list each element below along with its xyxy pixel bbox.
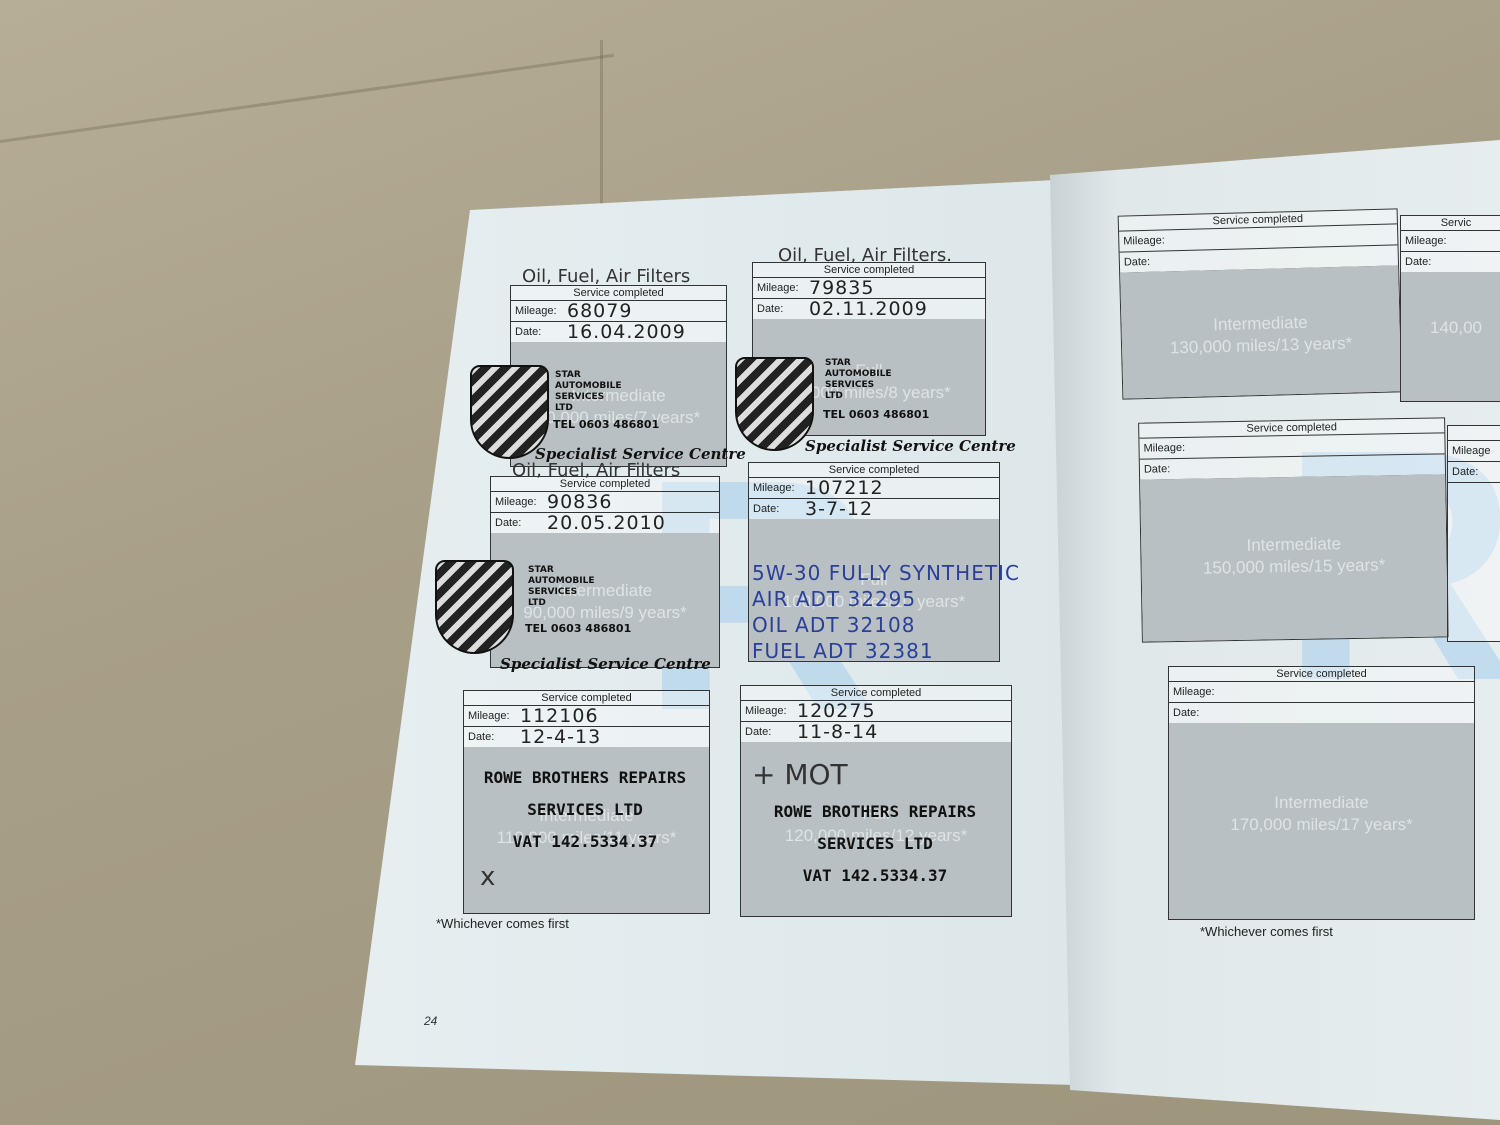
seat-seam xyxy=(600,40,603,210)
mileage-label: Mileage: xyxy=(1173,686,1225,698)
date-label: Date: xyxy=(757,303,809,315)
service-entry-11: Service completed Mileage: Date: Interme… xyxy=(1168,666,1475,920)
date-label: Date: xyxy=(1452,466,1500,478)
mileage-label: Mileage: xyxy=(468,710,520,722)
stamp-telephone: TEL 0603 486801 xyxy=(823,408,929,421)
date-label: Date: xyxy=(468,731,520,743)
service-interval-watermark: Intermediate 130,000 miles/13 years* xyxy=(1121,309,1400,360)
stamp-telephone: TEL 0603 486801 xyxy=(553,418,659,431)
handwritten-note: Oil, Fuel, Air Filters xyxy=(522,266,690,287)
service-entry-10: Mileage Date: xyxy=(1447,425,1500,642)
stamp-company: STARAUTOMOBILESERVICESLTD xyxy=(528,565,595,609)
page-number: 24 xyxy=(424,1014,437,1028)
date-value: 02.11.2009 xyxy=(809,298,928,320)
mileage-label: Mileage: xyxy=(753,482,805,494)
entry-header xyxy=(1448,426,1500,441)
service-interval-watermark: Intermediate 170,000 miles/17 years* xyxy=(1169,792,1474,836)
stamp-company: STARAUTOMOBILESERVICESLTD xyxy=(825,358,892,402)
mileage-value: 112106 xyxy=(520,705,599,727)
stamp-signature: Specialist Service Centre xyxy=(500,655,711,673)
date-value: 11-8-14 xyxy=(797,721,878,743)
mileage-label: Mileage: xyxy=(1143,442,1195,455)
service-entry-3: Service completed Mileage:90836 Date:20.… xyxy=(490,476,720,668)
mileage-label: Mileage: xyxy=(1123,234,1175,247)
mileage-value: 90836 xyxy=(547,491,612,513)
mileage-label: Mileage xyxy=(1452,445,1500,457)
entry-header: Service completed xyxy=(741,686,1011,701)
footnote: *Whichever comes first xyxy=(1200,924,1333,939)
stamp-company: STARAUTOMOBILESERVICESLTD xyxy=(555,370,622,414)
date-label: Date: xyxy=(745,726,797,738)
service-entry-7: Service completed Mileage: Date: Interme… xyxy=(1118,208,1403,399)
blue-ink-notes: 5W-30 FULLY SYNTHETIC AIR ADT 32295 OIL … xyxy=(752,560,1020,664)
entry-header: Service completed xyxy=(749,463,999,478)
date-value: 3-7-12 xyxy=(805,498,873,520)
entry-header: Servic xyxy=(1401,216,1500,231)
date-value: 12-4-13 xyxy=(520,726,601,748)
stamp-signature: Specialist Service Centre xyxy=(805,437,1016,455)
mileage-label: Mileage: xyxy=(745,705,797,717)
rowe-brothers-stamp: ROWE BROTHERS REPAIRS SERVICES LTD VAT 1… xyxy=(460,762,710,858)
service-interval-watermark: Intermediate 90,000 miles/9 years* xyxy=(491,580,719,624)
seat-seam xyxy=(0,54,614,143)
date-label: Date: xyxy=(515,326,567,338)
date-label: Date: xyxy=(1173,707,1225,719)
mot-note: + MOT xyxy=(752,758,848,791)
service-interval-watermark: 140,00 xyxy=(1401,317,1500,339)
footnote: *Whichever comes first xyxy=(436,916,569,931)
sbs-shield-logo xyxy=(735,357,814,451)
sbs-shield-logo xyxy=(435,560,514,654)
date-value: 16.04.2009 xyxy=(567,321,686,343)
mileage-label: Mileage: xyxy=(757,282,809,294)
mileage-value: 68079 xyxy=(567,300,632,322)
entry-header: Service completed xyxy=(511,286,726,301)
service-entry-9: Service completed Mileage: Date: Interme… xyxy=(1138,417,1449,642)
entry-header: Service completed xyxy=(1169,667,1474,682)
service-interval-watermark: Intermediate 150,000 miles/15 years* xyxy=(1141,531,1447,580)
mileage-label: Mileage: xyxy=(515,305,567,317)
date-label: Date: xyxy=(1405,256,1457,268)
rowe-brothers-stamp: ROWE BROTHERS REPAIRS SERVICES LTD VAT 1… xyxy=(740,796,1010,892)
date-label: Date: xyxy=(495,517,547,529)
date-label: Date: xyxy=(1144,463,1196,476)
date-value: 20.05.2010 xyxy=(547,512,666,534)
mileage-value: 107212 xyxy=(805,477,884,499)
mileage-label: Mileage: xyxy=(495,496,547,508)
mileage-value: 79835 xyxy=(809,277,874,299)
stamp-telephone: TEL 0603 486801 xyxy=(525,622,631,635)
entry-header: Service completed xyxy=(753,263,985,278)
date-label: Date: xyxy=(753,503,805,515)
entry-header: Service completed xyxy=(464,691,709,706)
mileage-value: 120275 xyxy=(797,700,876,722)
mileage-label: Mileage: xyxy=(1405,235,1457,247)
entry-header: Service completed xyxy=(491,477,719,492)
signature-mark: x xyxy=(480,862,495,892)
service-entry-8: Servic Mileage: Date: 140,00 xyxy=(1400,215,1500,402)
date-label: Date: xyxy=(1124,255,1176,268)
